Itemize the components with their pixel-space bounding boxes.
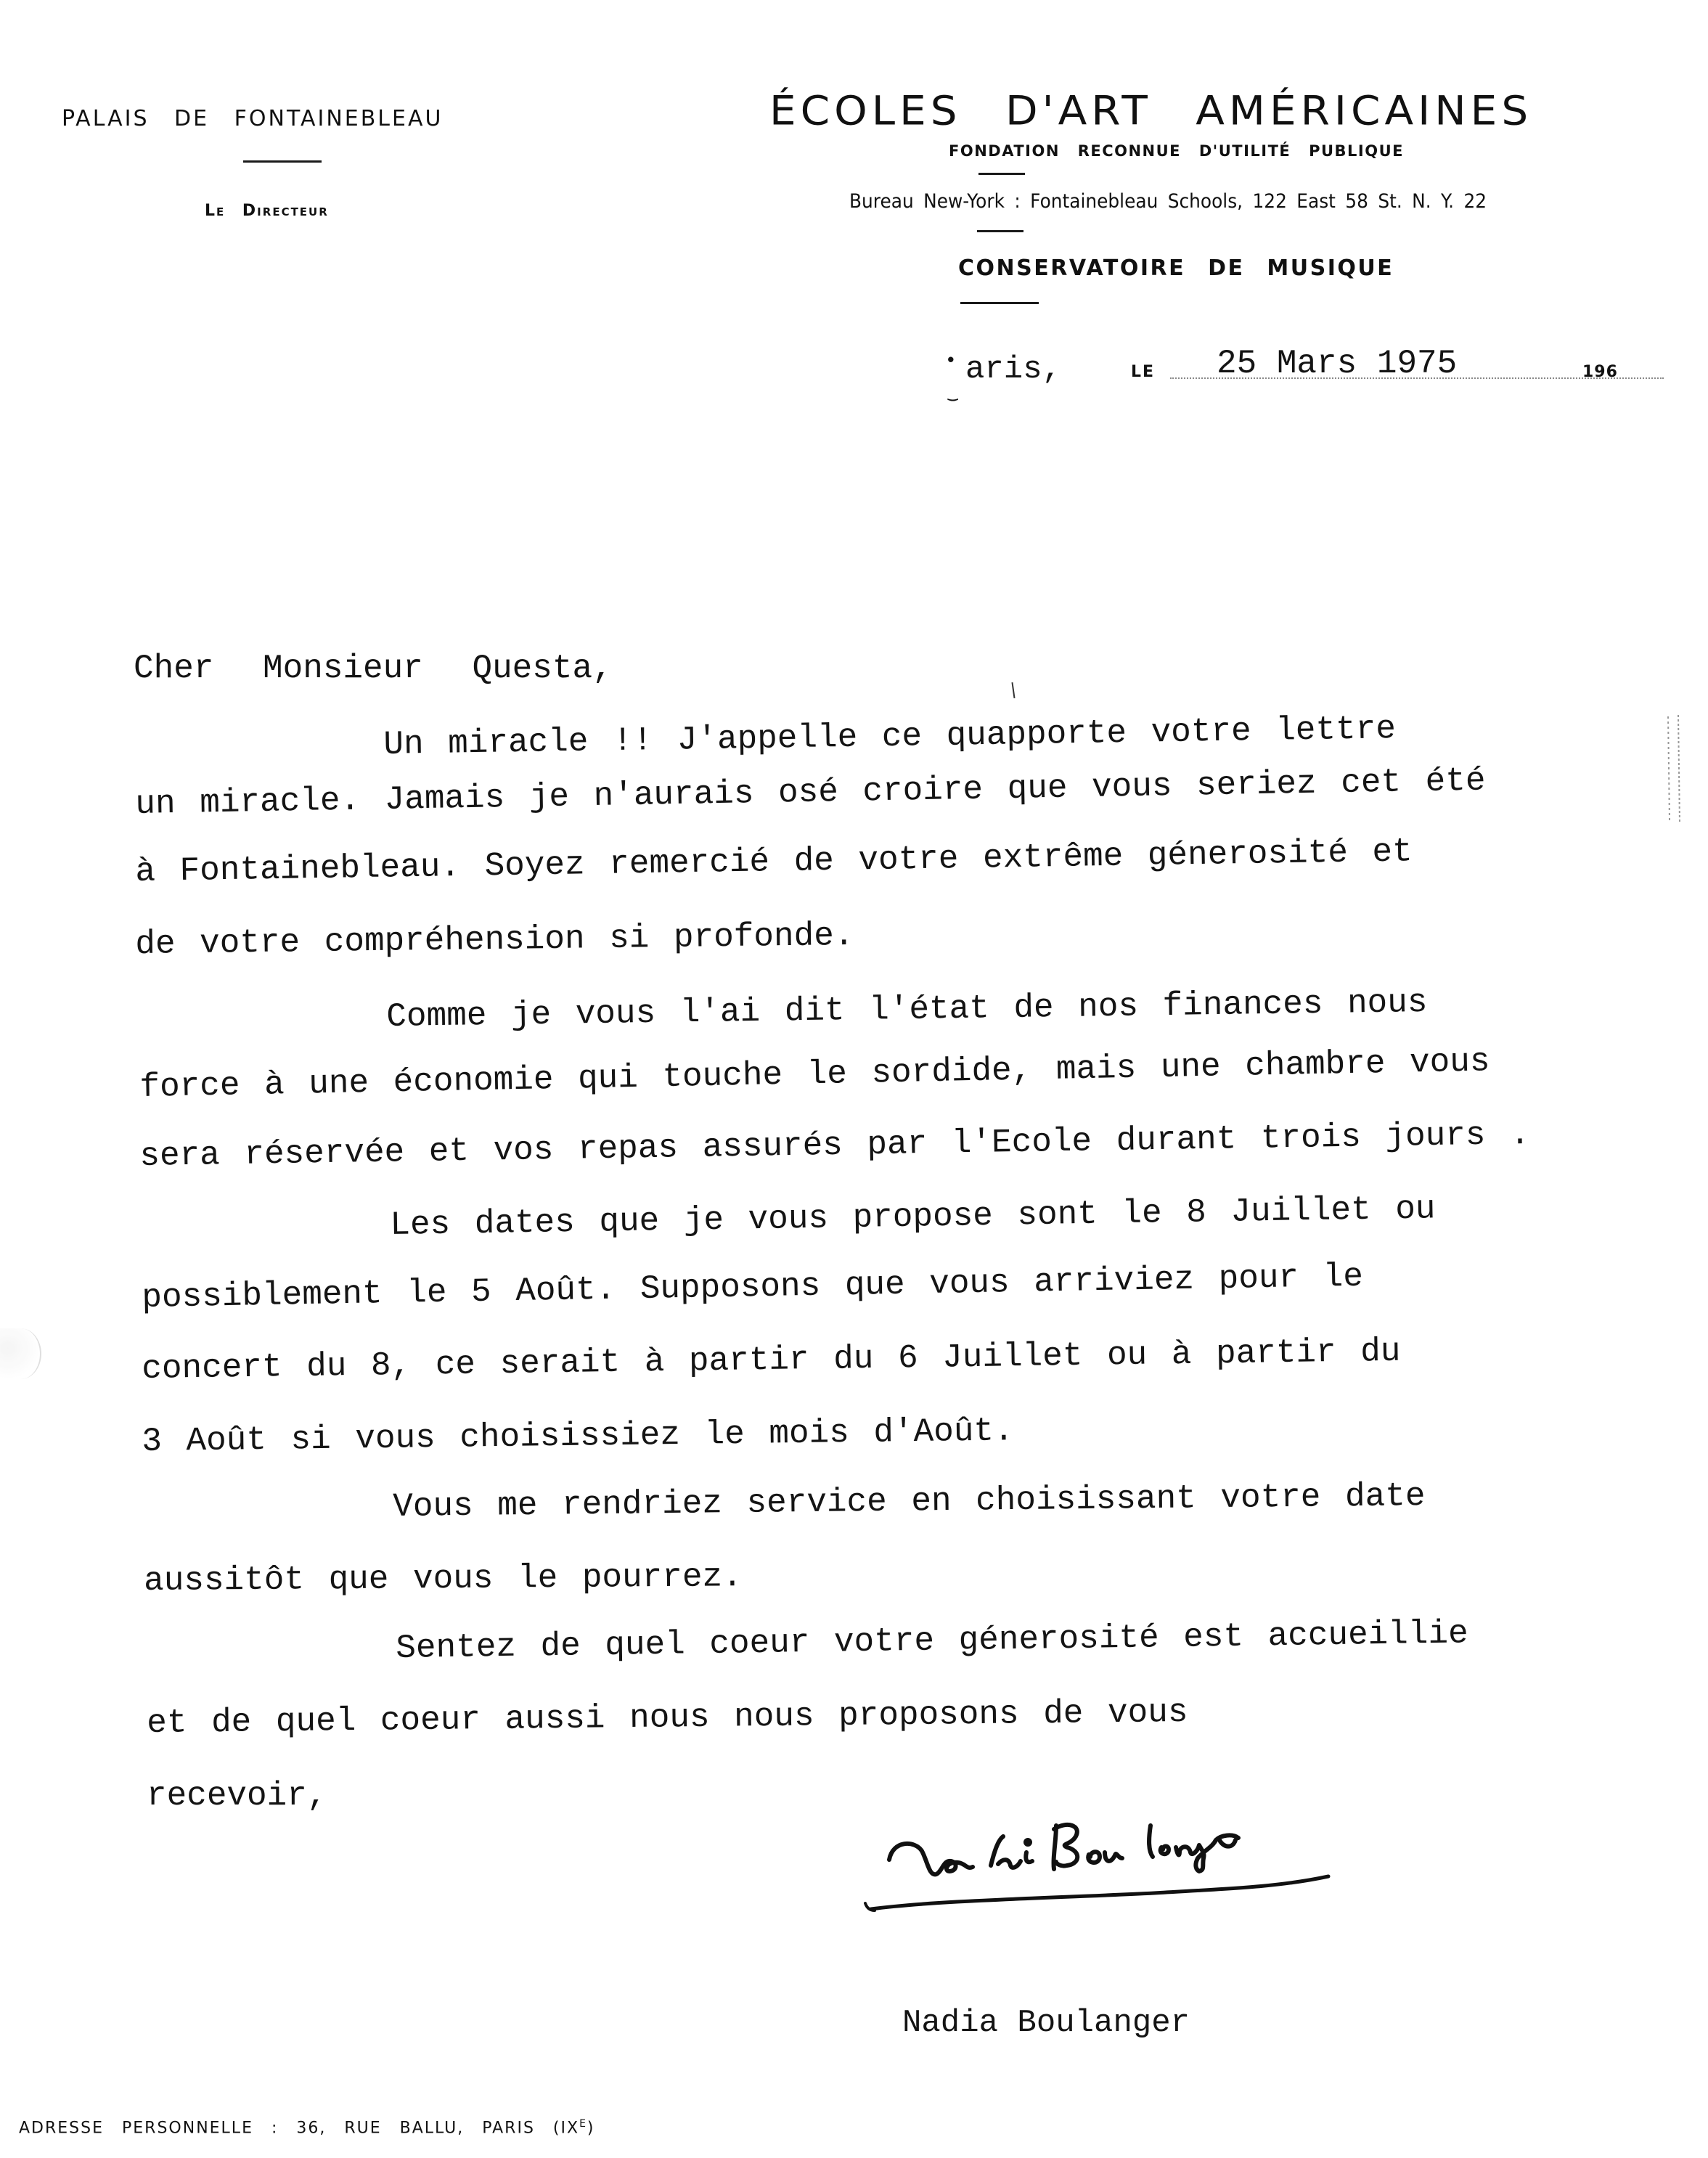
dateline-city: aris, xyxy=(965,351,1061,388)
letter-line: à Fontainebleau. Soyez remercié de votre… xyxy=(135,833,1413,891)
letter-line: Sentez de quel coeur votre génerosité es… xyxy=(396,1614,1468,1667)
ink-speck xyxy=(1011,682,1015,698)
letterhead-school-name: ÉCOLES D'ART AMÉRICAINES xyxy=(769,87,1532,134)
letter-line: force à une économie qui touche le sordi… xyxy=(139,1042,1490,1106)
letter-line: de votre compréhension si profonde. xyxy=(135,917,854,963)
letter-line: 3 Août si vous choisissiez le mois d'Aoû… xyxy=(142,1412,1014,1460)
letter-line: et de quel coeur aussi nous nous proposo… xyxy=(147,1693,1188,1742)
letterhead-subtitle: FONDATION RECONNUE D'UTILITÉ PUBLIQUE xyxy=(949,142,1404,160)
typo-mark: ‿ xyxy=(948,383,957,402)
letterhead-director-title: Le Directeur xyxy=(205,202,329,220)
dateline-printed-year: 196 xyxy=(1582,363,1618,381)
typo-mark: • xyxy=(945,350,957,372)
letter-line: Comme je vous l'ai dit l'état de nos fin… xyxy=(386,984,1428,1036)
letter-line: Un miracle !! J'appelle ce quapporte vot… xyxy=(383,710,1396,764)
letterhead-institution: PALAIS DE FONTAINEBLEAU xyxy=(62,106,443,131)
typed-signatory-name: Nadia Boulanger xyxy=(902,2005,1190,2041)
paper-stain xyxy=(0,1328,41,1379)
footer-personal-address: ADRESSE PERSONNELLE : 36, RUE BALLU, PAR… xyxy=(19,2118,595,2137)
salutation: Cher Monsieur Questa, xyxy=(134,650,613,687)
letter-line: possiblement le 5 Août. Supposons que vo… xyxy=(142,1258,1363,1317)
letter-line: Les dates que je vous propose sont le 8 … xyxy=(390,1190,1436,1244)
letter-line: sera réservée et vos repas assurés par l… xyxy=(139,1116,1530,1175)
margin-pencil-marks xyxy=(1662,715,1684,824)
divider-rule xyxy=(960,302,1039,304)
letter-line: Vous me rendriez service en choisissant … xyxy=(393,1477,1426,1526)
divider-rule xyxy=(243,160,322,163)
letter-line: recevoir, xyxy=(147,1777,327,1815)
letter-line: concert du 8, ce serait à partir du 6 Ju… xyxy=(142,1333,1401,1388)
handwritten-signature: Nadia Boulanger xyxy=(849,1807,1372,1916)
letterhead-department: CONSERVATOIRE DE MUSIQUE xyxy=(958,256,1394,281)
dateline-date: 25 Mars 1975 xyxy=(1217,345,1457,383)
letter-line: aussitôt que vous le pourrez. xyxy=(144,1558,743,1600)
letterhead-bureau-address: Bureau New-York : Fontainebleau Schools,… xyxy=(849,190,1487,213)
divider-rule xyxy=(977,230,1023,232)
divider-rule xyxy=(978,173,1025,175)
dateline-le-label: LE xyxy=(1131,363,1155,381)
letter-line: un miracle. Jamais je n'aurais osé croir… xyxy=(135,762,1486,823)
